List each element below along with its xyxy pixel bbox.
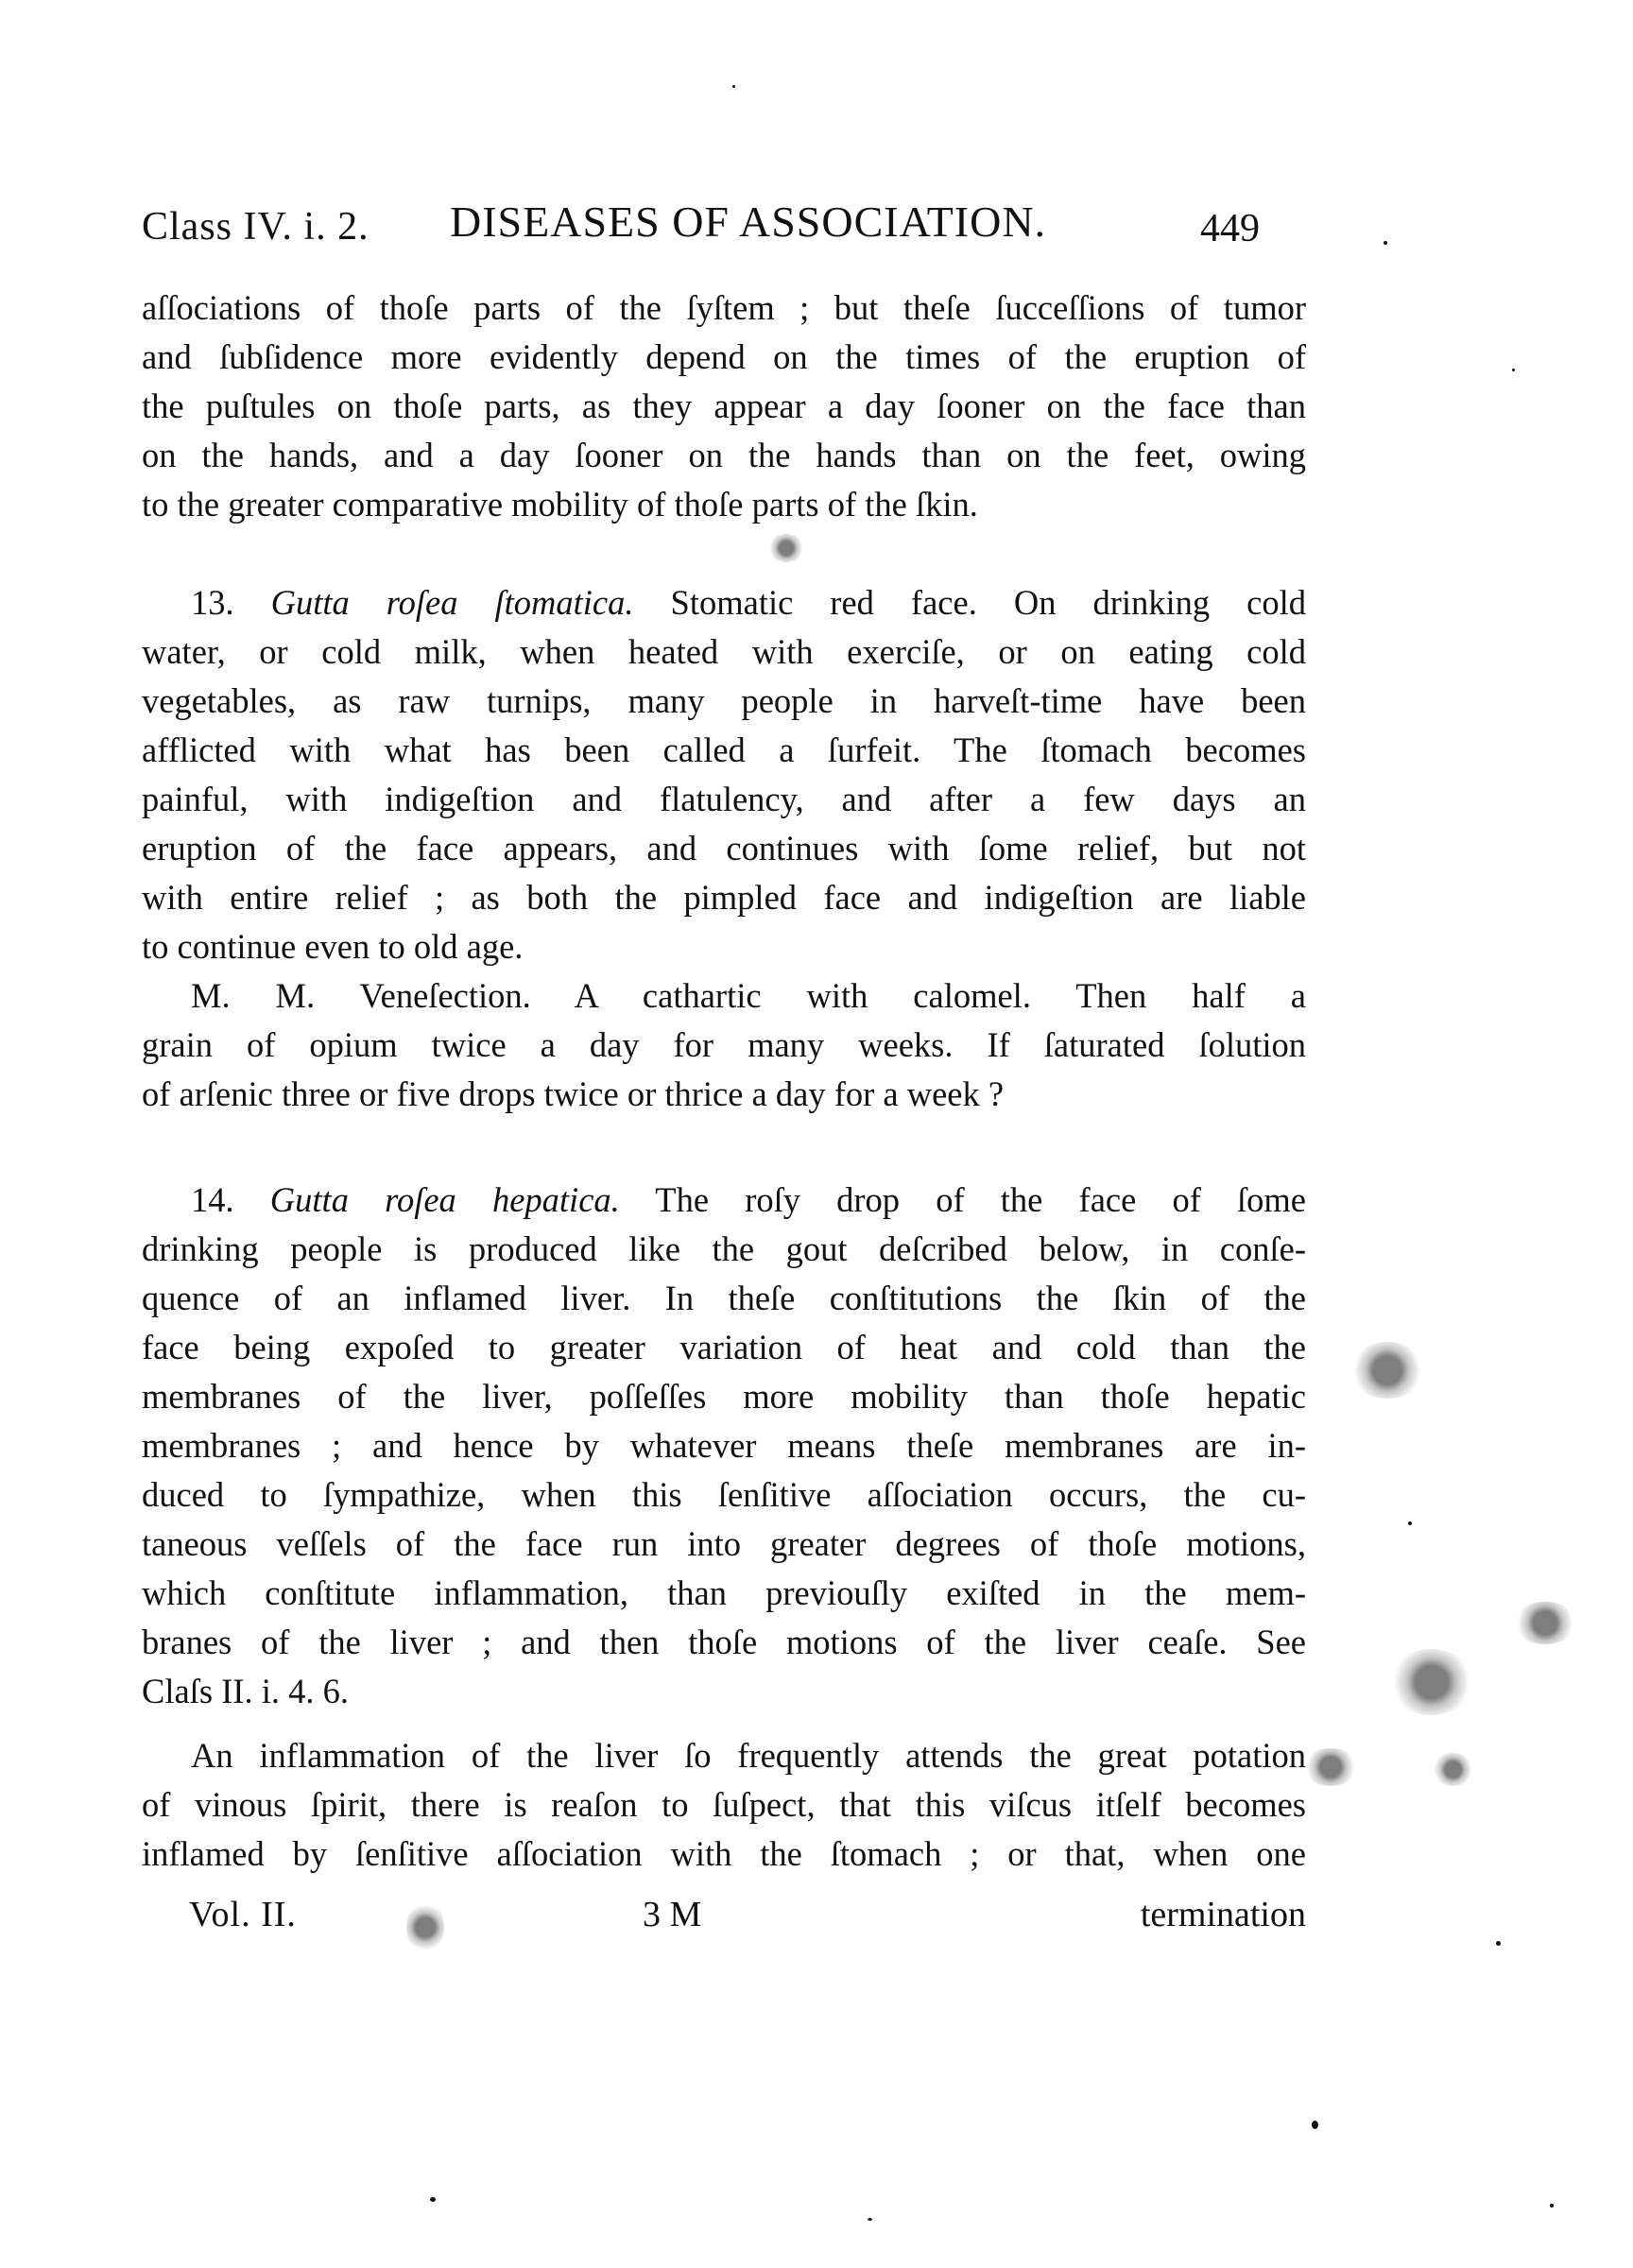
page-number: 449 bbox=[1200, 206, 1260, 251]
text-line: quence of an inflamed liver. In theſe co… bbox=[142, 1274, 1306, 1323]
text-line: water, or cold milk, when heated with ex… bbox=[142, 627, 1306, 677]
section-13: 13. Gutta roſea ſtomatica. Stomatic red … bbox=[142, 578, 1306, 971]
book-page: Class IV. i. 2. DISEASES OF ASSOCIATION.… bbox=[0, 0, 1633, 2268]
text-line: Stomatic red face. On drinking cold bbox=[671, 583, 1306, 622]
section-number: 13. bbox=[191, 583, 234, 622]
text-line: taneous veſſels of the face run into gre… bbox=[142, 1520, 1306, 1569]
section-13-treatment: M. M. Veneſection. A cathartic with calo… bbox=[142, 971, 1306, 1119]
text-line: duced to ſympathize, when this ſenſitive… bbox=[142, 1470, 1306, 1520]
text-line: eruption of the face appears, and contin… bbox=[142, 824, 1306, 873]
text-line: An inflammation of the liver ſo frequent… bbox=[142, 1731, 1306, 1780]
text-line: of arſenic three or five drops twice or … bbox=[142, 1070, 1306, 1119]
section-14: 14. Gutta roſea hepatica. The roſy drop … bbox=[142, 1176, 1306, 1716]
section-term: Gutta roſea ſtomatica. bbox=[271, 583, 634, 622]
volume-label: Vol. II. bbox=[189, 1894, 297, 1935]
ink-blot bbox=[1432, 1753, 1474, 1786]
text-line: to continue even to old age. bbox=[142, 922, 1306, 971]
section-heading-line: 14. Gutta roſea hepatica. The roſy drop … bbox=[142, 1176, 1306, 1225]
text-line: on the hands, and a day ſooner on the ha… bbox=[142, 431, 1306, 480]
ink-speck bbox=[430, 2197, 436, 2202]
signature-mark: 3 M bbox=[643, 1894, 701, 1935]
text-line: with entire relief ; as both the pimpled… bbox=[142, 873, 1306, 922]
ink-speck bbox=[1408, 1521, 1412, 1525]
ink-blot bbox=[1302, 1748, 1359, 1786]
text-line: face being expoſed to greater variation … bbox=[142, 1323, 1306, 1372]
text-line: Claſs II. i. 4. 6. bbox=[142, 1667, 1306, 1716]
section-heading-line: 13. Gutta roſea ſtomatica. Stomatic red … bbox=[142, 578, 1306, 627]
ink-speck bbox=[732, 85, 735, 88]
text-line: membranes of the liver, poſſeſſes more m… bbox=[142, 1372, 1306, 1421]
text-line: painful, with indigeſtion and flatulency… bbox=[142, 775, 1306, 824]
ink-blot bbox=[1389, 1649, 1474, 1715]
class-label: Class IV. i. 2. bbox=[142, 204, 370, 249]
catchword: termination bbox=[1141, 1894, 1306, 1935]
text-line: which conſtitute inflammation, than prev… bbox=[142, 1569, 1306, 1618]
ink-blot bbox=[406, 1901, 444, 1953]
text-line: drinking people is produced like the gou… bbox=[142, 1225, 1306, 1274]
text-line: to the greater comparative mobility of t… bbox=[142, 480, 1306, 529]
text-line: branes of the liver ; and then thoſe mot… bbox=[142, 1618, 1306, 1667]
paragraph-continuation: aſſociations of thoſe parts of the ſyſte… bbox=[142, 283, 1306, 529]
text-line: the puſtules on thoſe parts, as they app… bbox=[142, 382, 1306, 431]
text-line: inflamed by ſenſitive aſſociation with t… bbox=[142, 1830, 1306, 1879]
ink-speck bbox=[1384, 241, 1387, 245]
text-line: membranes ; and hence by whatever means … bbox=[142, 1421, 1306, 1470]
ink-blot bbox=[767, 534, 805, 562]
text-line: The roſy drop of the face of ſome bbox=[655, 1180, 1306, 1219]
ink-speck bbox=[868, 2218, 872, 2221]
section-term: Gutta roſea hepatica. bbox=[270, 1180, 620, 1219]
running-header: Class IV. i. 2. DISEASES OF ASSOCIATION.… bbox=[142, 197, 1323, 253]
ink-speck bbox=[1496, 1941, 1501, 1946]
text-line: afflicted with what has been called a ſu… bbox=[142, 726, 1306, 775]
text-line: vegetables, as raw turnips, many people … bbox=[142, 677, 1306, 726]
section-14-continued: An inflammation of the liver ſo frequent… bbox=[142, 1731, 1306, 1879]
ink-speck bbox=[1550, 2204, 1554, 2208]
section-number: 14. bbox=[191, 1180, 234, 1219]
ink-speck bbox=[1312, 2121, 1318, 2129]
text-line: aſſociations of thoſe parts of the ſyſte… bbox=[142, 283, 1306, 333]
text-line: grain of opium twice a day for many week… bbox=[142, 1021, 1306, 1070]
text-line: of vinous ſpirit, there is reaſon to ſuſ… bbox=[142, 1780, 1306, 1830]
page-title: DISEASES OF ASSOCIATION. bbox=[450, 197, 1046, 247]
text-line: M. M. Veneſection. A cathartic with calo… bbox=[142, 971, 1306, 1021]
ink-blot bbox=[1349, 1342, 1425, 1399]
ink-speck bbox=[1512, 369, 1515, 371]
page-footer: Vol. II. 3 M termination bbox=[142, 1894, 1306, 1941]
text-line: and ſubſidence more evidently depend on … bbox=[142, 333, 1306, 382]
ink-blot bbox=[1512, 1602, 1578, 1644]
